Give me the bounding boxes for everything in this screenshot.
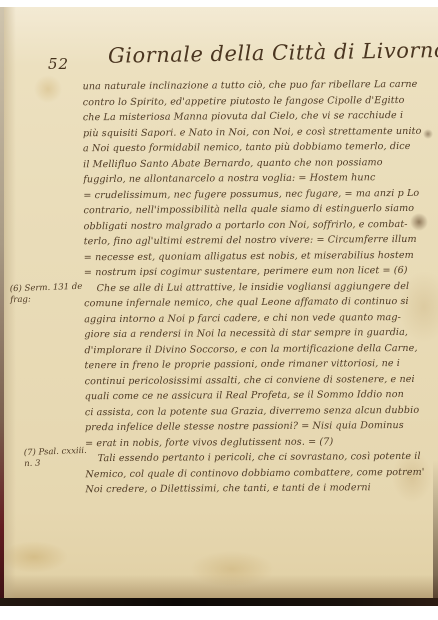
manuscript-line: che La misteriosa Manna piovuta dal Ciel… xyxy=(83,108,435,126)
margin-note-psalm-citation: (7) Psal. cxxiii. n. 3 xyxy=(24,446,88,469)
page-number: 52 xyxy=(48,55,69,73)
manuscript-line: il Mellifluo Santo Abate Bernardo, quant… xyxy=(83,154,435,172)
margin-note-sermon-citation: (6) Serm. 131 de frag: xyxy=(10,282,83,306)
book-board-edge xyxy=(0,598,438,606)
manuscript-line: tenere in freno le proprie passioni, ond… xyxy=(84,356,436,374)
manuscript-line: preda infelice delle stesse nostre passi… xyxy=(85,418,437,436)
manuscript-line: Nemico, col quale di continovo dobbiamo … xyxy=(85,464,437,482)
manuscript-page: 52 Giornale della Città di Livorno una n… xyxy=(4,7,438,598)
manuscript-line: quali come ce ne assicura il Real Profet… xyxy=(85,387,437,405)
page-right-shadow xyxy=(433,460,438,598)
manuscript-line: contrario, nell'impossibilità nella qual… xyxy=(83,201,435,219)
manuscript-line: terlo, fino agl'ultimi estremi del nostr… xyxy=(84,232,436,250)
manuscript-scan: 52 Giornale della Città di Livorno una n… xyxy=(0,0,438,620)
manuscript-line: Tali essendo pertanto i pericoli, che ci… xyxy=(85,449,437,467)
manuscript-line: = nostrum ipsi cogimur sustentare, perim… xyxy=(84,263,436,281)
page-title: Giornale della Città di Livorno xyxy=(108,38,428,68)
book-spine-edge xyxy=(0,7,4,598)
manuscript-body: una naturale inclinazione a tutto ciò, c… xyxy=(83,77,438,498)
manuscript-line: Noi credere, o Dilettissimi, che tanti, … xyxy=(85,480,437,498)
manuscript-line: giore sia a rendersi in Noi la necessità… xyxy=(84,325,436,343)
manuscript-line: una naturale inclinazione a tutto ciò, c… xyxy=(83,77,435,95)
manuscript-line: a Noi questo formidabil nemico, tanto pi… xyxy=(83,139,435,157)
manuscript-line: comune infernale nemico, che qual Leone … xyxy=(84,294,436,312)
